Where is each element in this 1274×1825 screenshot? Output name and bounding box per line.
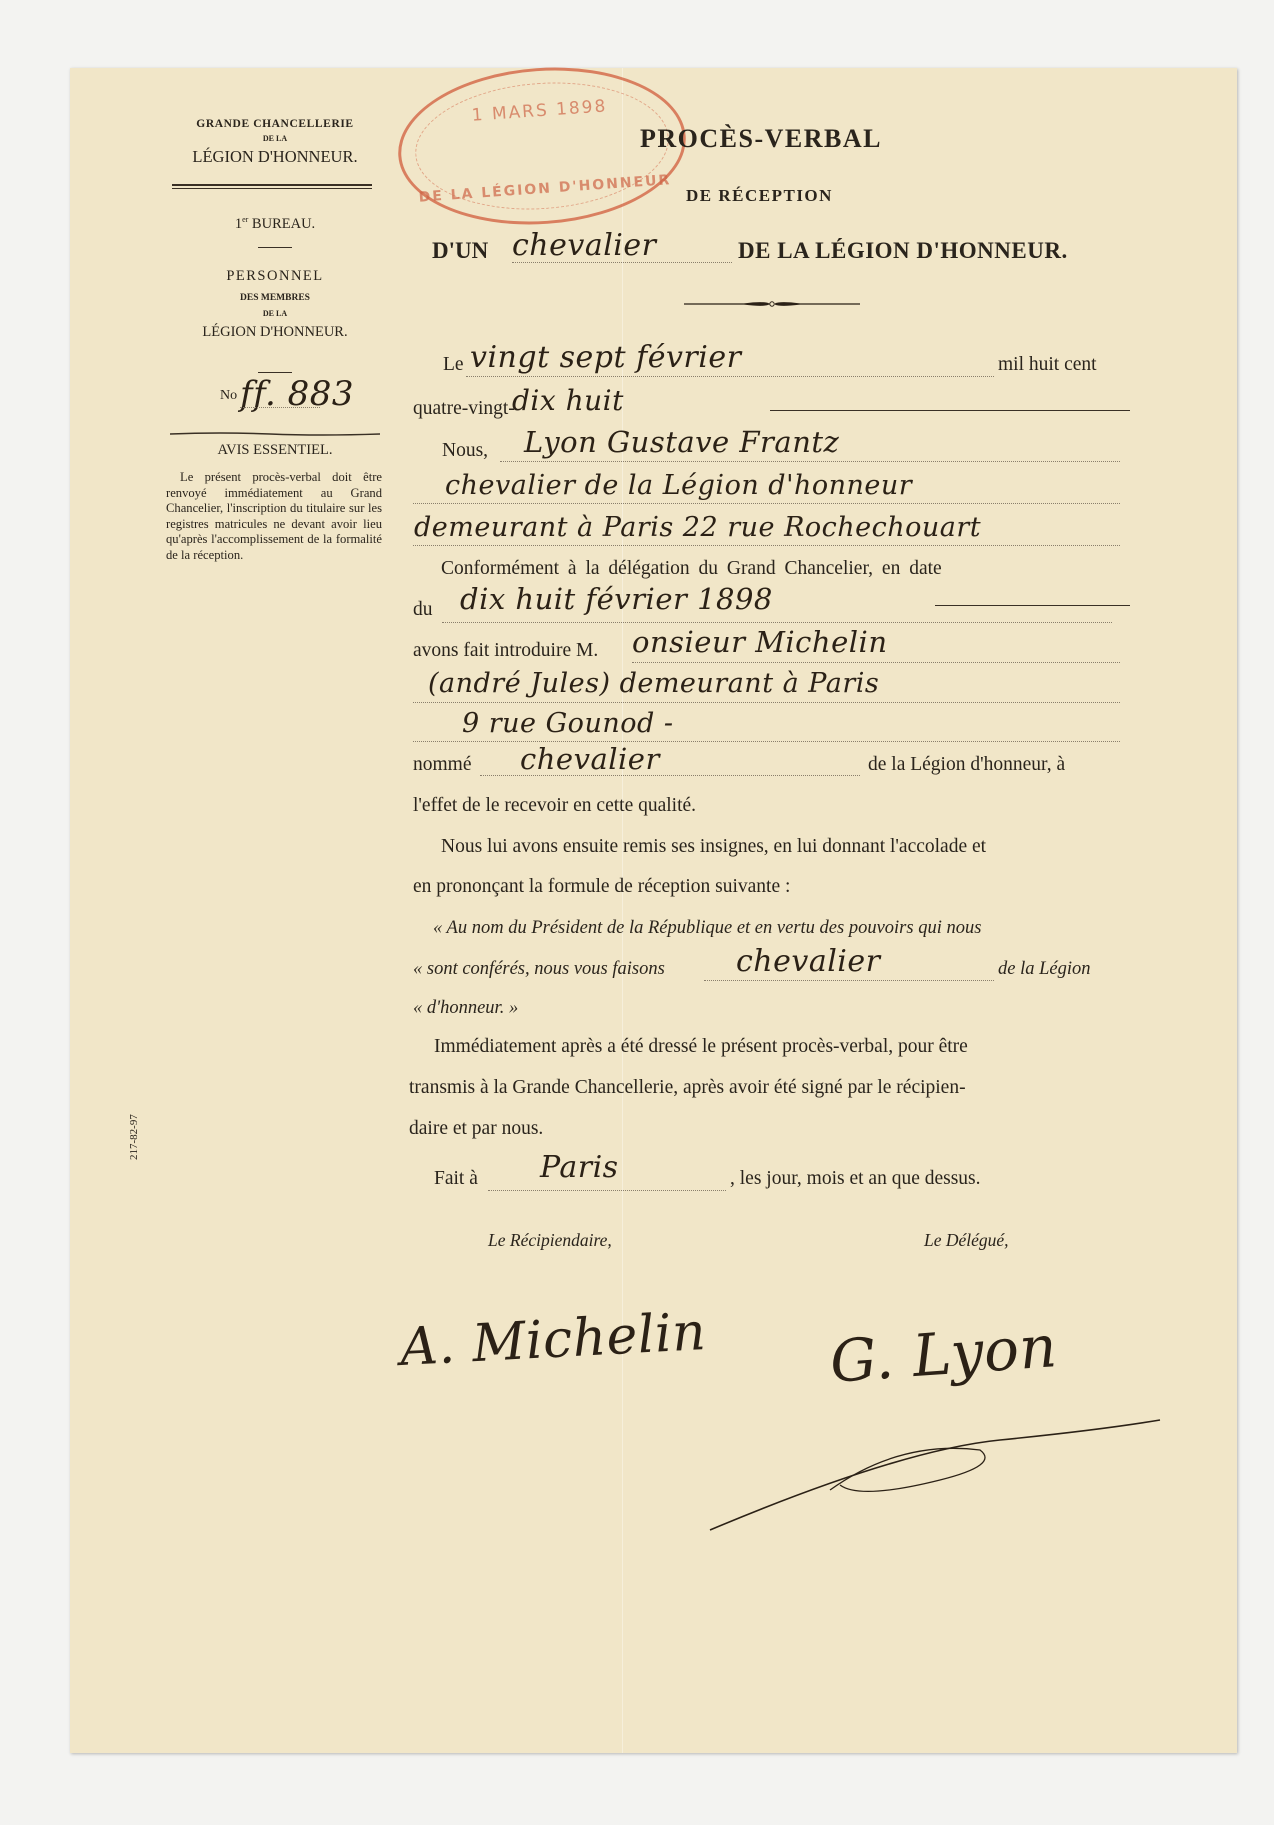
formule-line-1: « Au nom du Président de la République e… xyxy=(433,918,981,939)
recipient-first-dotted-line xyxy=(413,702,1120,703)
archive-reference-text: 217-82-97 xyxy=(128,1114,140,1160)
page-title: PROCÈS-VERBAL xyxy=(640,124,882,154)
sidebar-rule-thin xyxy=(172,188,372,189)
number-dotted-line xyxy=(240,407,320,408)
header-suffix: DE LA LÉGION D'HONNEUR. xyxy=(738,238,1068,264)
formule-grade: chevalier xyxy=(736,944,881,979)
immediat-line-2: transmis à la Grande Chancellerie, après… xyxy=(409,1077,966,1099)
sidebar-de-la: DE LA xyxy=(150,134,400,143)
avis-title: AVIS ESSENTIEL. xyxy=(150,442,400,459)
delegate-name: Lyon Gustave Frantz xyxy=(524,425,839,459)
delegate-signature-flourish xyxy=(700,1380,1170,1540)
nomme-value: chevalier xyxy=(520,742,660,776)
formule-line-2-suffix: de la Légion xyxy=(998,959,1091,980)
recipient-name: onsieur Michelin xyxy=(632,625,888,659)
sidebar-rule xyxy=(172,184,372,186)
header-grade: chevalier xyxy=(512,228,657,263)
archive-reference: 217-82-97 xyxy=(128,1114,140,1160)
delegate-address: demeurant à Paris 22 rue Rochechouart xyxy=(414,512,981,543)
sidebar-legion: LÉGION D'HONNEUR. xyxy=(150,147,400,167)
fait-location: Paris xyxy=(540,1150,619,1185)
bureau-text: BUREAU. xyxy=(252,216,315,232)
recipient-signature-label: Le Récipiendaire, xyxy=(488,1230,612,1251)
delegate-name-dotted-line xyxy=(500,461,1120,462)
sidebar-chancellerie: GRANDE CHANCELLERIE xyxy=(150,118,400,130)
delegation-date-stroke xyxy=(935,605,1130,606)
grade-dotted-line xyxy=(512,262,732,263)
formule-dotted-line xyxy=(704,980,994,981)
delegate-signature-label: Le Délégué, xyxy=(924,1230,1009,1251)
de-la-label: DE LA xyxy=(150,309,400,318)
year-stroke-line xyxy=(770,410,1130,411)
bureau-number: 1 xyxy=(235,216,242,232)
legion-label: LÉGION D'HONNEUR. xyxy=(150,324,400,341)
sidebar-personnel: PERSONNEL DES MEMBRES DE LA LÉGION D'HON… xyxy=(150,268,400,341)
fait-dotted-line xyxy=(488,1190,726,1191)
sidebar-short-rule xyxy=(258,247,292,248)
date-dotted-line xyxy=(466,376,994,377)
delegate-title-dotted-line xyxy=(413,503,1120,504)
fait-label: Fait à xyxy=(434,1168,478,1190)
insignes-line-1: Nous lui avons ensuite remis ses insigne… xyxy=(441,836,986,858)
delegation-date: dix huit février 1898 xyxy=(460,582,773,616)
page-subtitle: DE RÉCEPTION xyxy=(686,186,833,206)
date-suffix: mil huit cent xyxy=(998,354,1097,376)
effet-text: l'effet de le recevoir en cette qualité. xyxy=(413,795,696,817)
header-ornament xyxy=(684,295,860,303)
nomme-suffix: de la Légion d'honneur, à xyxy=(868,754,1065,776)
nomme-dotted-line xyxy=(480,775,860,776)
fait-suffix: , les jour, mois et an que dessus. xyxy=(730,1168,981,1190)
formule-line-2-prefix: « sont conférés, nous vous faisons xyxy=(413,959,665,980)
delegate-address-dotted-line xyxy=(413,545,1120,546)
date-prefix: Le xyxy=(443,354,464,376)
number-value: ff. 883 xyxy=(240,374,354,414)
personnel-label: PERSONNEL xyxy=(150,268,400,285)
header-dun: D'UN xyxy=(432,238,488,264)
year-prefix: quatre-vingt- xyxy=(413,398,515,420)
des-membres-label: DES MEMBRES xyxy=(150,293,400,303)
introduire-label: avons fait introduire M. xyxy=(413,640,598,662)
sidebar-bureau: 1er BUREAU. xyxy=(150,215,400,233)
year-handwritten: dix huit xyxy=(512,384,624,417)
recipient-first-name: (andré Jules) demeurant à Paris xyxy=(428,668,879,699)
bureau-sup: er xyxy=(242,215,248,224)
date-handwritten: vingt sept février xyxy=(470,340,741,375)
recipient-name-dotted-line xyxy=(632,662,1120,663)
delegation-date-dotted-line xyxy=(442,622,1112,623)
number-ornament-rule xyxy=(170,424,380,430)
du-label: du xyxy=(413,599,433,621)
nous-label: Nous, xyxy=(442,440,488,462)
nomme-label: nommé xyxy=(413,754,472,776)
delegate-title: chevalier de la Légion d'honneur xyxy=(445,470,912,501)
formule-line-3: « d'honneur. » xyxy=(413,998,518,1019)
avis-text: Le présent procès-verbal doit être renvo… xyxy=(166,470,382,564)
sidebar-short-rule-2 xyxy=(258,372,292,373)
conformement-text: Conformément à la délégation du Grand Ch… xyxy=(441,558,1121,580)
sidebar-header: GRANDE CHANCELLERIE DE LA LÉGION D'HONNE… xyxy=(150,118,400,167)
insignes-line-2: en prononçant la formule de réception su… xyxy=(413,876,790,898)
immediat-line-3: daire et par nous. xyxy=(409,1118,543,1140)
immediat-line-1: Immédiatement après a été dressé le prés… xyxy=(434,1036,968,1058)
recipient-address: 9 rue Gounod - xyxy=(462,708,673,739)
number-label: No xyxy=(220,388,237,404)
